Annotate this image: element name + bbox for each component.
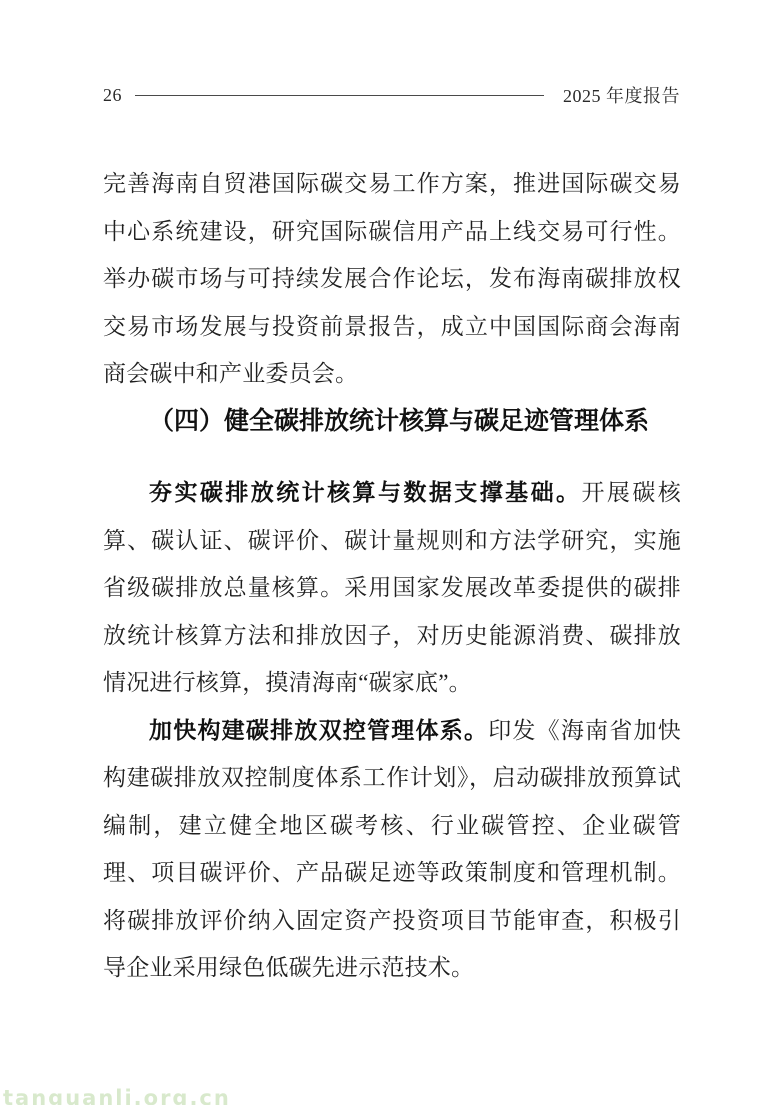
paragraph-lead: 夯实碳排放统计核算与数据支撑基础。 bbox=[149, 480, 581, 505]
paragraph-dual-control: 加快构建碳排放双控管理体系。印发《海南省加快构建碳排放双控制度体系工作计划》，启… bbox=[103, 707, 681, 992]
paragraph-text: 开展碳核算、碳认证、碳评价、碳计量规则和方法学研究，实施省级碳排放总量核算。采用… bbox=[103, 480, 681, 695]
section-heading: （四）健全碳排放统计核算与碳足迹管理体系 bbox=[103, 398, 681, 446]
continuation-paragraph: 完善海南自贸港国际碳交易工作方案，推进国际碳交易中心系统建设，研究国际碳信用产品… bbox=[103, 160, 681, 398]
report-title: 2025 年度报告 bbox=[563, 82, 680, 108]
document-body: 完善海南自贸港国际碳交易工作方案，推进国际碳交易中心系统建设，研究国际碳信用产品… bbox=[103, 160, 681, 992]
paragraph-lead: 加快构建碳排放双控管理体系。 bbox=[149, 718, 488, 743]
paragraph-text: 印发《海南省加快构建碳排放双控制度体系工作计划》，启动碳排放预算试编制，建立健全… bbox=[103, 718, 681, 981]
watermark-text: tanguanli.org.cn bbox=[3, 1086, 231, 1105]
page-header: 26 2025 年度报告 bbox=[103, 82, 680, 108]
document-page: 26 2025 年度报告 完善海南自贸港国际碳交易工作方案，推进国际碳交易中心系… bbox=[0, 0, 782, 1105]
paragraph-statistics-accounting: 夯实碳排放统计核算与数据支撑基础。开展碳核算、碳认证、碳评价、碳计量规则和方法学… bbox=[103, 469, 681, 707]
header-rule bbox=[135, 95, 544, 96]
page-number: 26 bbox=[103, 85, 122, 106]
